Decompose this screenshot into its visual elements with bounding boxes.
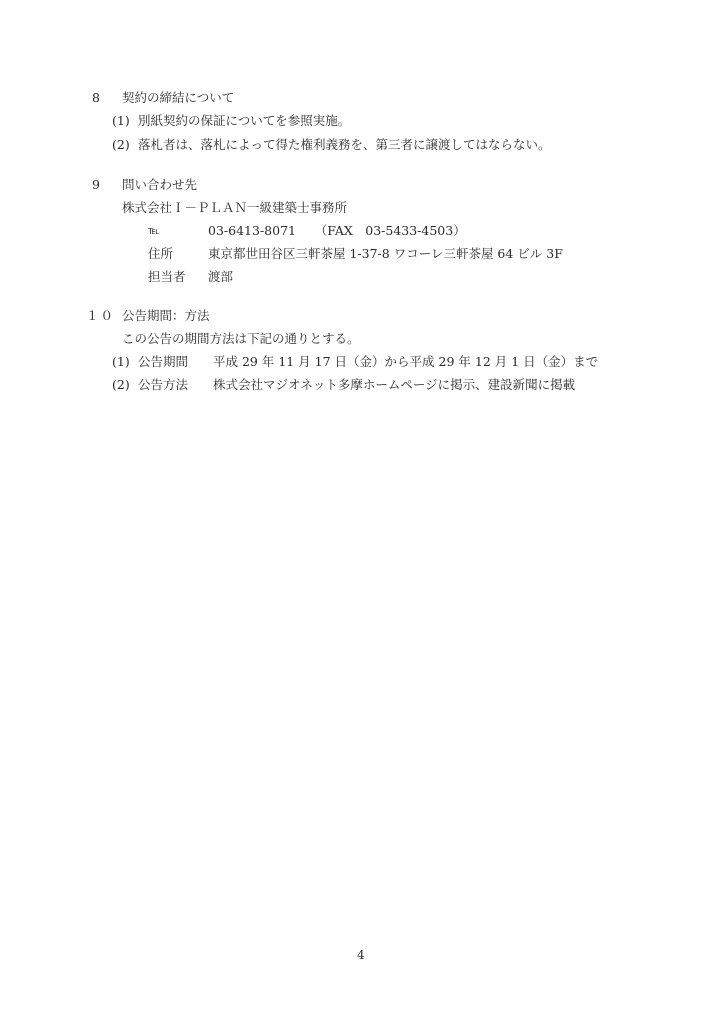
item-marker: (1) [112, 354, 130, 370]
contact-person-value: 渡部 [208, 269, 233, 285]
item-label: 公告方法 [138, 377, 188, 393]
tel-value: 03-6413-8071 （FAX 03-5433-4503） [208, 223, 466, 239]
section-number: 8 [92, 90, 100, 106]
page-number: 4 [357, 948, 365, 962]
item-label: 公告期間 [138, 354, 188, 370]
item-text: 別紙契約の保証についてを参照実施。 [138, 113, 350, 129]
item-text: 落札者は、落札によって得た権利義務を、第三者に譲渡してはならない。 [138, 137, 551, 153]
section-title: 問い合わせ先 [122, 177, 197, 193]
item-marker: (2) [112, 377, 130, 393]
company-name: 株式会社Ｉ－ＰＬＡＮ一級建築士事務所 [122, 200, 347, 216]
address-label: 住所 [148, 246, 173, 262]
contact-person-label: 担当者 [148, 269, 186, 285]
item-marker: (1) [112, 113, 130, 129]
section-number: 9 [92, 177, 100, 193]
section-title: 公告期間：方法 [122, 308, 210, 324]
address-value: 東京都世田谷区三軒茶屋 1-37-8 ワコーレ三軒茶屋 64 ビル 3F [208, 246, 563, 262]
item-text: 株式会社マジオネット多摩ホームページに掲示、建設新聞に掲載 [213, 377, 575, 393]
tel-label: ℡ [148, 223, 160, 239]
section-intro: この公告の期間方法は下記の通りとする。 [122, 331, 360, 347]
item-text: 平成 29 年 11 月 17 日（金）から平成 29 年 12 月 1 日（金… [213, 354, 598, 370]
item-marker: (2) [112, 137, 130, 153]
section-number: １０ [86, 308, 115, 324]
section-title: 契約の締結について [122, 90, 234, 106]
